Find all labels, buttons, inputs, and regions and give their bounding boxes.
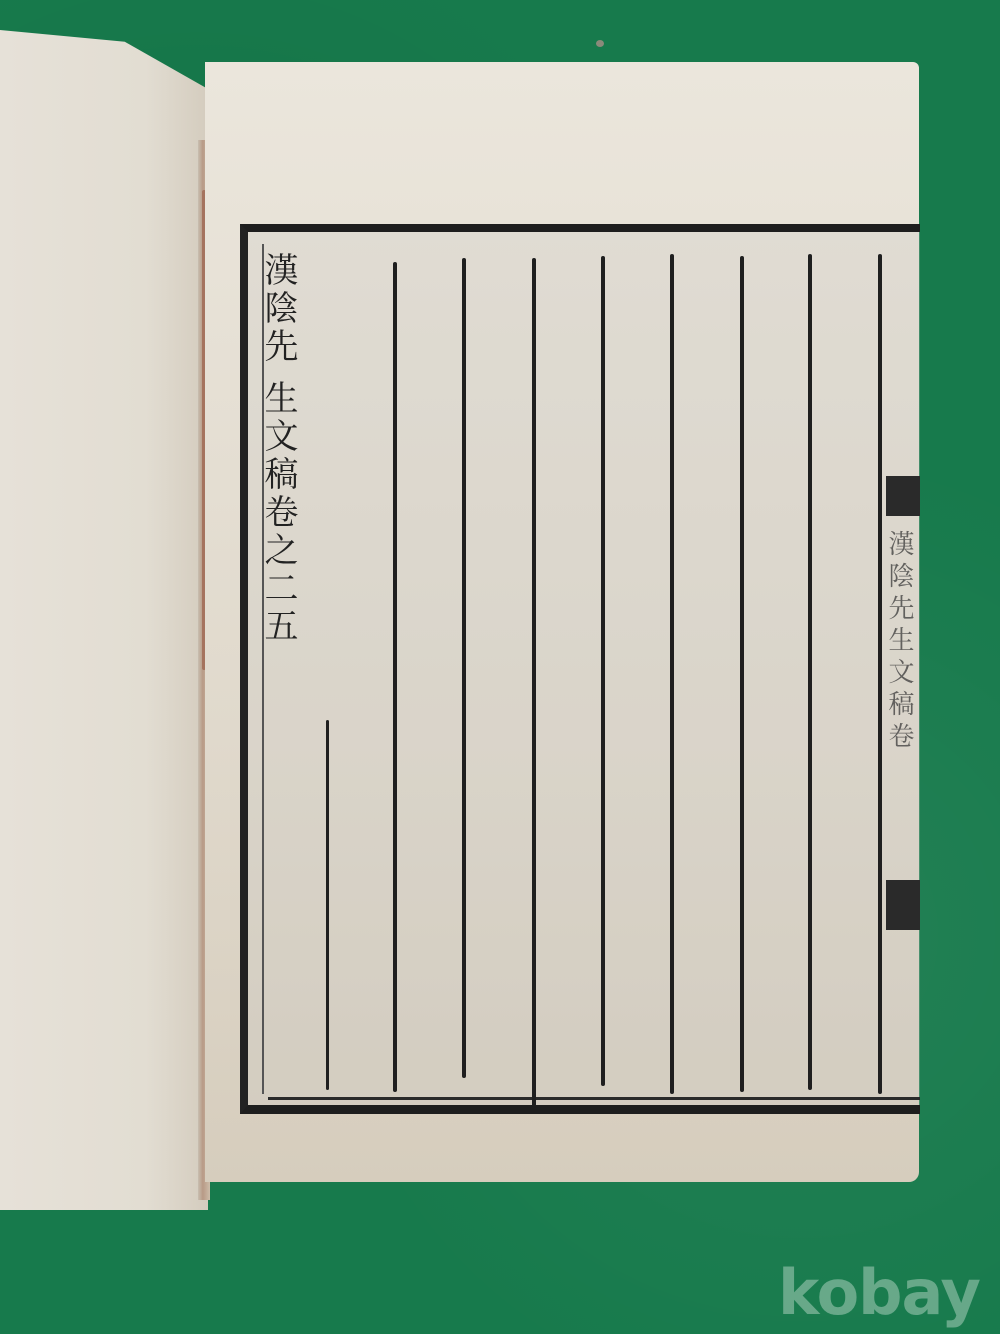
fishtail-mark-bottom (886, 880, 920, 930)
printed-border-frame (240, 224, 920, 1114)
watermark-logo: kobay (778, 1256, 980, 1329)
centerfold-margin-text: 漢陰先生文稿卷 (888, 530, 918, 754)
column-rule (808, 254, 812, 1090)
column-rule (670, 254, 674, 1094)
left-page (0, 30, 208, 1210)
title-part-1: 漢陰先 (258, 252, 298, 366)
column-rule (532, 258, 536, 1108)
column-rule (462, 258, 466, 1078)
title-part-2: 生文稿卷之二五 (258, 380, 298, 646)
column-rule (601, 256, 605, 1086)
column-rule (326, 720, 329, 1090)
column-rule (393, 262, 397, 1092)
inner-bottom-rule (268, 1097, 920, 1100)
fishtail-mark-top (886, 476, 920, 516)
column-rule (740, 256, 744, 1092)
felt-speck (596, 40, 604, 47)
book-title-column: 漢陰先生文稿卷之二五 (258, 252, 298, 646)
